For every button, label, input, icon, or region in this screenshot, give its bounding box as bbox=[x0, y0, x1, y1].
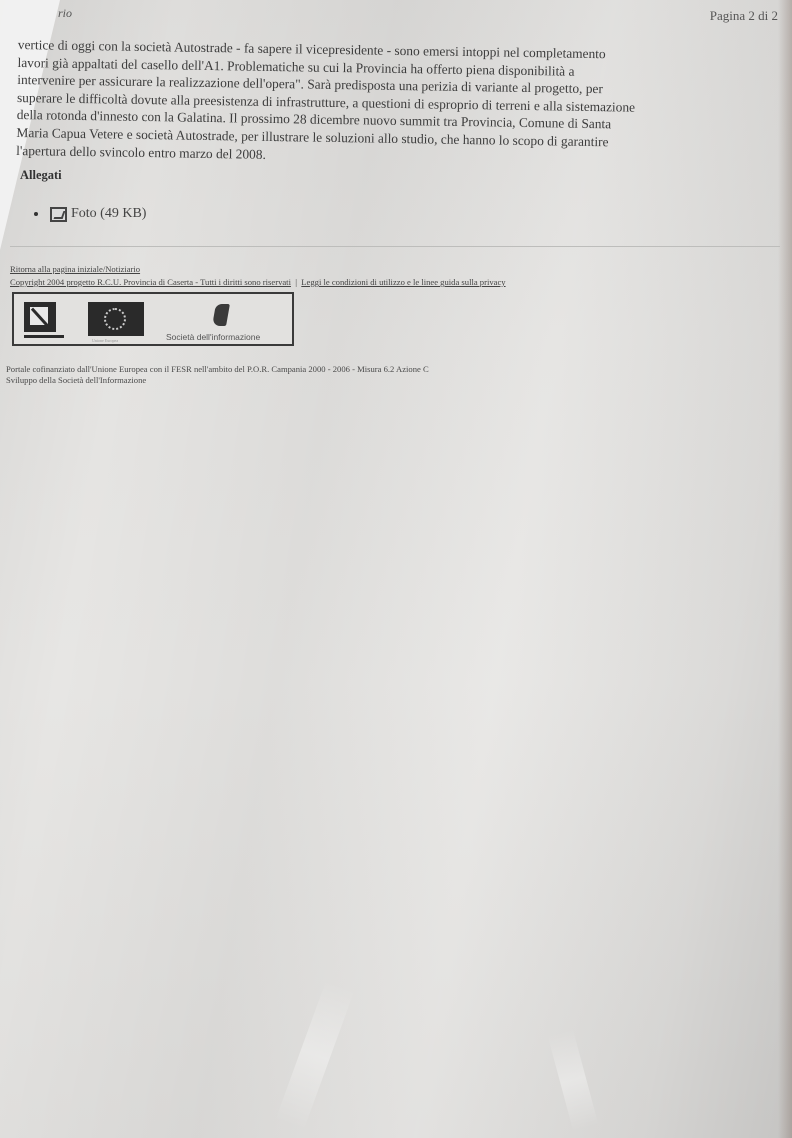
header-fragment: rio bbox=[58, 6, 72, 21]
attachment-photo-link[interactable]: Foto (49 KB) bbox=[34, 206, 146, 222]
campania-logo-bar bbox=[24, 335, 64, 338]
eu-flag-icon bbox=[88, 302, 144, 336]
cofinance-note: Portale cofinanziato dall'Unione Europea… bbox=[6, 364, 429, 386]
paper-crease bbox=[275, 979, 354, 1130]
cofinance-line: Portale cofinanziato dall'Unione Europea… bbox=[6, 364, 429, 375]
attachment-label: Foto (49 KB) bbox=[71, 206, 146, 222]
information-society-logo-icon bbox=[212, 304, 230, 326]
attachments-heading: Allegati bbox=[20, 168, 62, 183]
bullet-icon bbox=[34, 212, 38, 216]
copyright-text[interactable]: Copyright 2004 progetto R.C.U. Provincia… bbox=[10, 277, 291, 287]
legal-links[interactable]: Leggi le condizioni di utilizzo e le lin… bbox=[301, 277, 505, 287]
photo-icon bbox=[50, 207, 67, 222]
information-society-label: Società dell'informazione bbox=[166, 332, 260, 342]
paper-edge-shadow bbox=[778, 0, 792, 1138]
paper-sheet bbox=[0, 0, 792, 1138]
copyright-line: Copyright 2004 progetto R.C.U. Provincia… bbox=[10, 277, 770, 287]
back-to-home-link[interactable]: Ritorna alla pagina iniziale/Notiziario bbox=[10, 264, 140, 274]
campania-logo-icon bbox=[24, 302, 56, 332]
eu-stars-icon bbox=[104, 308, 126, 330]
paper-crease bbox=[548, 1028, 599, 1131]
article-body: vertice di oggi con la società Autostrad… bbox=[16, 36, 778, 171]
sponsor-logos: Unione Europea Società dell'informazione bbox=[12, 292, 294, 346]
page-number: Pagina 2 di 2 bbox=[710, 8, 778, 24]
footer-divider bbox=[10, 246, 780, 247]
eu-caption: Unione Europea bbox=[92, 338, 118, 343]
cofinance-line: Sviluppo della Società dell'Informazione bbox=[6, 375, 429, 386]
